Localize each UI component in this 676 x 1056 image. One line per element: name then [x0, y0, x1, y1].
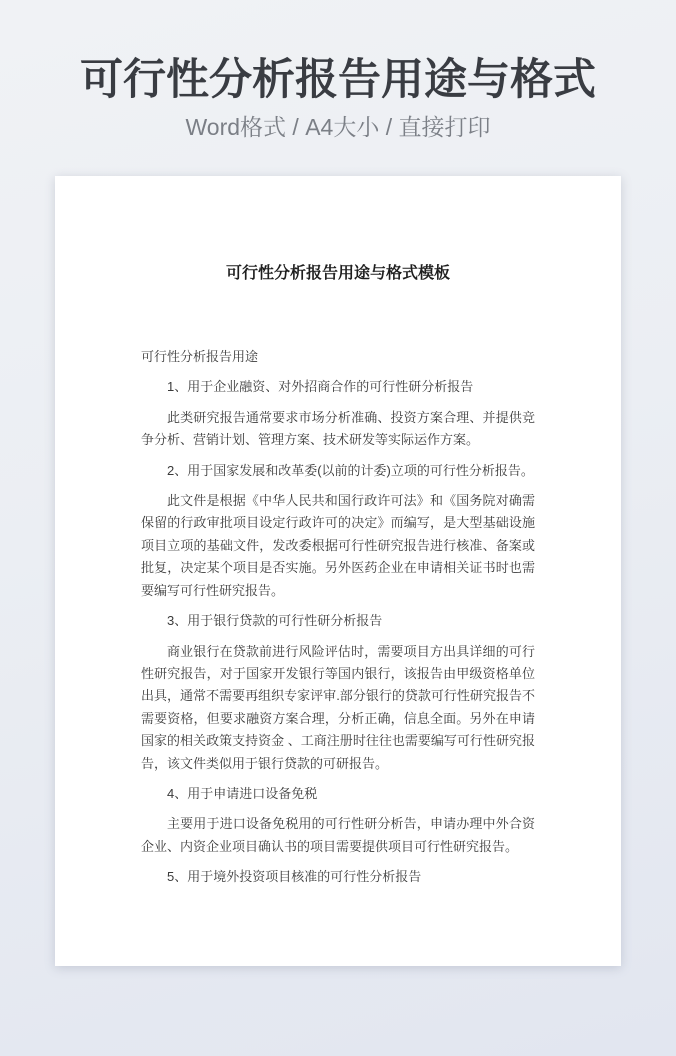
document-body: 可行性分析报告用途1、用于企业融资、对外招商合作的可行性研分析报告此类研究报告通… [141, 346, 535, 889]
doc-paragraph-9: 主要用于进口设备免税用的可行性研分析告，申请办理中外合资企业、内资企业项目确认书… [141, 813, 535, 858]
document-page: 可行性分析报告用途与格式模板 可行性分析报告用途1、用于企业融资、对外招商合作的… [55, 176, 621, 966]
doc-paragraph-10: 5、用于境外投资项目核准的可行性分析报告 [141, 866, 535, 888]
doc-paragraph-6: 3、用于银行贷款的可行性研分析报告 [141, 610, 535, 632]
doc-paragraph-8: 4、用于申请进口设备免税 [141, 783, 535, 805]
doc-paragraph-1: 可行性分析报告用途 [141, 346, 535, 368]
doc-paragraph-2: 1、用于企业融资、对外招商合作的可行性研分析报告 [141, 376, 535, 398]
doc-paragraph-5: 此文件是根据《中华人民共和国行政许可法》和《国务院对确需保留的行政审批项目设定行… [141, 490, 535, 602]
doc-paragraph-7: 商业银行在贷款前进行风险评估时，需要项目方出具详细的可行性研究报告，对于国家开发… [141, 641, 535, 775]
page-title: 可行性分析报告用途与格式 [0, 56, 676, 105]
page-subtitle: Word格式 / A4大小 / 直接打印 [0, 114, 676, 142]
page-header: 可行性分析报告用途与格式 Word格式 / A4大小 / 直接打印 [0, 0, 676, 142]
doc-paragraph-3: 此类研究报告通常要求市场分析准确、投资方案合理、并提供竞争分析、营销计划、管理方… [141, 407, 535, 452]
document-title: 可行性分析报告用途与格式模板 [141, 262, 535, 286]
doc-paragraph-4: 2、用于国家发展和改革委(以前的计委)立项的可行性分析报告。 [141, 460, 535, 482]
